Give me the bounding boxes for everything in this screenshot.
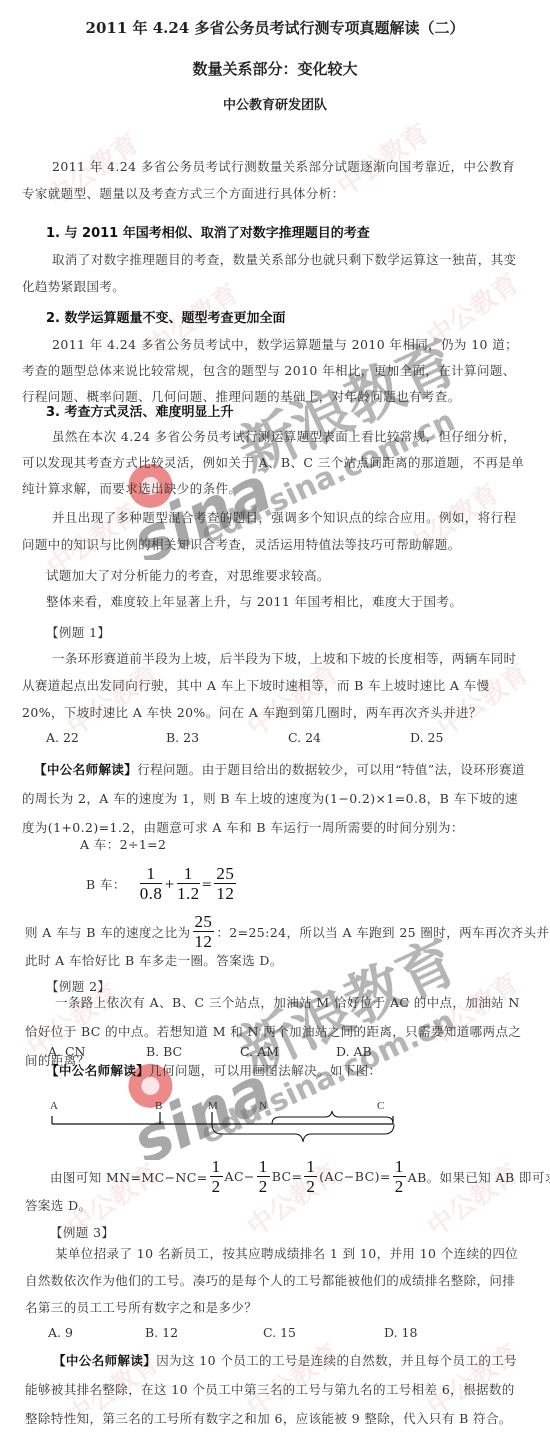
- ratio-prefix: 则 A 车与 B 车的速度之比为: [25, 923, 191, 941]
- example-3-option-c: C. 15: [263, 1325, 296, 1340]
- example-1-analysis: 【中公名师解读】行程问题。由于题目给出的数据较少，可以用“特值”法，设环形赛道的…: [22, 755, 527, 842]
- section-body-2: 2011 年 4.24 多省公务员考试中，数学运算题量与 2010 年相同，仍为…: [22, 332, 527, 410]
- calc-b-label: B 车：: [86, 875, 126, 893]
- example-1-option-a: A. 22: [46, 730, 79, 745]
- section-body-3: 虽然在本次 4.24 多省公务员考试行测运算题型表面上看比较常规，但仔细分析，可…: [22, 424, 527, 502]
- fraction-half: 12: [393, 1157, 406, 1196]
- plus-sign: +: [164, 876, 175, 891]
- example-1-option-d: D. 25: [410, 730, 443, 745]
- section-heading-1: 1. 与 2011 年国考相似、取消了对数字推理题目的考查: [46, 222, 370, 241]
- section-heading-2: 2. 数学运算题量不变、题型考查更加全面: [46, 307, 286, 326]
- example-1-question: 一条环形赛道前半段为上坡，后半段为下坡，上坡和下坡的长度相等，两辆车同时从赛道起…: [22, 645, 527, 726]
- ratio-suffix: ：2=25:24，所以当 A 车跑到 25 圈时，两车再次齐头并进，: [216, 923, 550, 941]
- example-3-label: 【例题 3】: [50, 1223, 114, 1241]
- document-author: 中公教育研发团队: [0, 94, 550, 113]
- section-body-3-extra-1: 并且出现了多种题型混合考查的题目，强调多个知识点的综合应用。例如，将行程问题中的…: [22, 504, 527, 558]
- fraction-half: 12: [304, 1157, 317, 1196]
- example-1-ratio: 则 A 车与 B 车的速度之比为 2512 ：2=25:24，所以当 A 车跑到…: [25, 912, 550, 951]
- example-2-analysis-label: 【中公名师解读】: [46, 1063, 149, 1078]
- section-body-1: 取消了对数字推理题目的考查，数量关系部分也就只剩下数学运算这一独苗，其变化趋势紧…: [22, 246, 527, 300]
- example-1-label: 【例题 1】: [46, 623, 110, 641]
- example-3-option-b: B. 12: [145, 1325, 178, 1340]
- example-2-option-a: A. CN: [48, 1044, 85, 1059]
- formula-part: (AC−BC)=: [319, 1169, 390, 1184]
- document-title: 2011 年 4.24 多省公务员考试行测专项真题解读（二）: [0, 17, 550, 38]
- section-body-3-extra-2: 试题加大了对分析能力的考查，对思维要求较高。: [46, 566, 330, 584]
- example-3-analysis-label: 【中公名师解读】: [53, 1353, 156, 1368]
- formula-part: BC=: [272, 1169, 303, 1184]
- section-body-3-extra-3: 整体来看，难度较上年显著上升，与 2011 年国考相比，难度大于国考。: [46, 592, 462, 610]
- formula-part: AB。如果已知 AB 即可求出 MN 长度，故: [408, 1168, 550, 1186]
- example-2-option-d: D. AB: [336, 1044, 372, 1059]
- example-1-option-c: C. 24: [288, 730, 321, 745]
- fraction-half: 12: [210, 1157, 223, 1196]
- fraction: 2512: [193, 912, 215, 951]
- example-2-option-c: C. AM: [240, 1044, 279, 1059]
- example-2-conclusion: 答案选 D。: [25, 1196, 91, 1214]
- example-2-analysis-text: 几何问题，可以用画图法解决。如下图：: [149, 1063, 381, 1078]
- fraction: 10.8: [140, 864, 162, 903]
- fraction: 11.2: [177, 864, 199, 903]
- line-segment-diagram: [0, 1100, 550, 1150]
- example-2-option-b: B. BC: [146, 1044, 182, 1059]
- example-1-calc-a: A 车：2÷1=2: [80, 835, 166, 853]
- document-subtitle: 数量关系部分：变化较大: [0, 58, 550, 79]
- formula-prefix: 由图可知 MN=MC−NC=: [50, 1168, 208, 1186]
- example-1-calc-b: B 车： 10.8 + 11.2 = 2512: [86, 864, 238, 903]
- fraction: 2512: [214, 864, 236, 903]
- example-1-analysis-label: 【中公名师解读】: [34, 762, 137, 777]
- example-3-analysis: 【中公名师解读】因为这 10 个员工的工号是连续的自然数，并且每个员工的工号能够…: [25, 1346, 525, 1433]
- fraction-half: 12: [257, 1157, 270, 1196]
- example-2-formula: 由图可知 MN=MC−NC= 12 AC− 12 BC= 12 (AC−BC)=…: [50, 1157, 550, 1196]
- section-heading-3: 3. 考查方式灵活、难度明显上升: [46, 401, 234, 420]
- example-2-analysis: 【中公名师解读】几何问题，可以用画图法解决。如下图：: [46, 1061, 381, 1079]
- example-3-question: 某单位招录了 10 名新员工，按其应聘成绩排名 1 到 10，并用 10 个连续…: [25, 1240, 525, 1321]
- example-1-conclusion: 此时 A 车恰好比 B 车多走一圈。答案选 D。: [25, 951, 283, 969]
- example-3-option-d: D. 18: [384, 1325, 417, 1340]
- formula-part: AC−: [225, 1169, 255, 1184]
- intro-paragraph: 2011 年 4.24 多省公务员考试行测数量关系部分试题逐渐向国考靠近，中公教…: [22, 153, 527, 207]
- equals-sign: =: [202, 876, 213, 891]
- example-3-option-a: A. 9: [48, 1325, 73, 1340]
- example-1-option-b: B. 23: [166, 730, 199, 745]
